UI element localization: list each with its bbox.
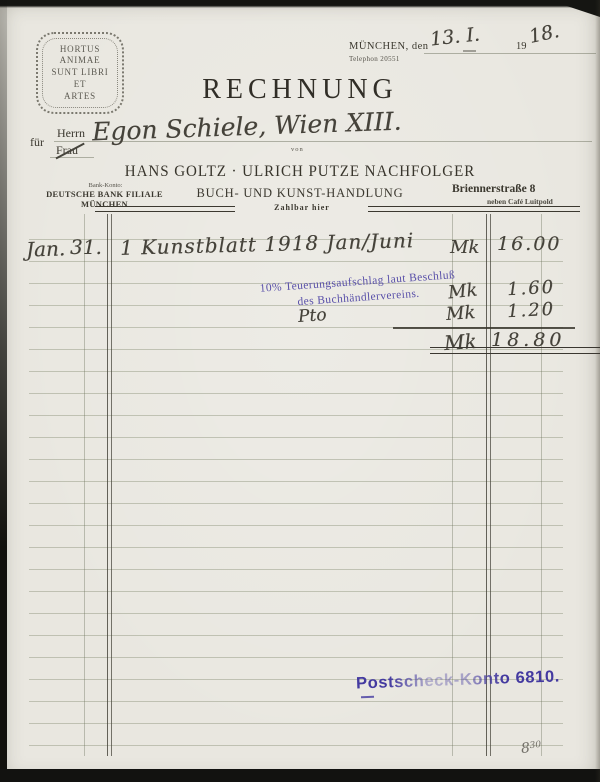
scan-edge-bottom bbox=[0, 769, 600, 782]
entry-amount: 16.00 bbox=[497, 233, 561, 255]
address-note: neben Café Luitpold bbox=[487, 197, 553, 206]
herr-label: Herrn bbox=[57, 126, 85, 141]
city-date-label: MÜNCHEN, den bbox=[349, 41, 429, 52]
printed-year: 19 bbox=[516, 41, 527, 52]
porto-amount: 1.20 bbox=[506, 299, 555, 322]
payable-rule-left bbox=[95, 206, 235, 212]
pencil-note-sup: 30 bbox=[529, 740, 541, 751]
ledger-column-line-description bbox=[107, 214, 112, 756]
payable-here-label: Zahlbar hier bbox=[238, 203, 366, 212]
entry-date-day: 31. bbox=[70, 235, 102, 259]
logo-line: ANIMAE bbox=[60, 55, 101, 67]
logo-line: HORTUS bbox=[60, 44, 100, 56]
entry-date-month: Jan. bbox=[26, 236, 66, 261]
handwritten-year: 18. bbox=[527, 20, 561, 48]
total-double-rule bbox=[430, 347, 600, 354]
porto-label: Pto bbox=[297, 305, 327, 327]
street-address: Briennerstraße 8 bbox=[452, 183, 535, 195]
company-name: HANS GOLTZ · ULRICH PUTZE NACHFOLGER bbox=[18, 163, 582, 181]
scan-edge-right bbox=[595, 0, 600, 782]
date-rule bbox=[424, 53, 596, 54]
payable-rule-right bbox=[368, 206, 580, 212]
entry-currency: Mk bbox=[450, 237, 479, 258]
surcharge-amount: 1.60 bbox=[506, 277, 555, 300]
ledger-column-line-date bbox=[84, 214, 85, 756]
surcharge-currency: Mk bbox=[447, 280, 478, 304]
telephone-label: Telephon 20551 bbox=[349, 55, 400, 63]
handwritten-date: 13. I. bbox=[429, 23, 481, 50]
for-label: für bbox=[30, 135, 44, 150]
trade-description: BUCH- UND KUNST-HANDLUNG bbox=[170, 186, 430, 201]
bank-account-label: Bank-Konto: bbox=[28, 182, 183, 189]
scan-edge-left bbox=[0, 0, 7, 782]
pencil-note: 830 bbox=[520, 739, 542, 757]
subtotal-rule bbox=[393, 327, 575, 329]
invoice-title: RECHNUNG bbox=[0, 74, 600, 106]
porto-currency: Mk bbox=[445, 302, 476, 325]
von-label: von bbox=[291, 146, 304, 153]
invoice-document: HORTUS ANIMAE SUNT LIBRI ET ARTES MÜNCHE… bbox=[0, 0, 600, 782]
date-underline-mark bbox=[463, 50, 476, 52]
scan-edge-top bbox=[0, 0, 600, 8]
